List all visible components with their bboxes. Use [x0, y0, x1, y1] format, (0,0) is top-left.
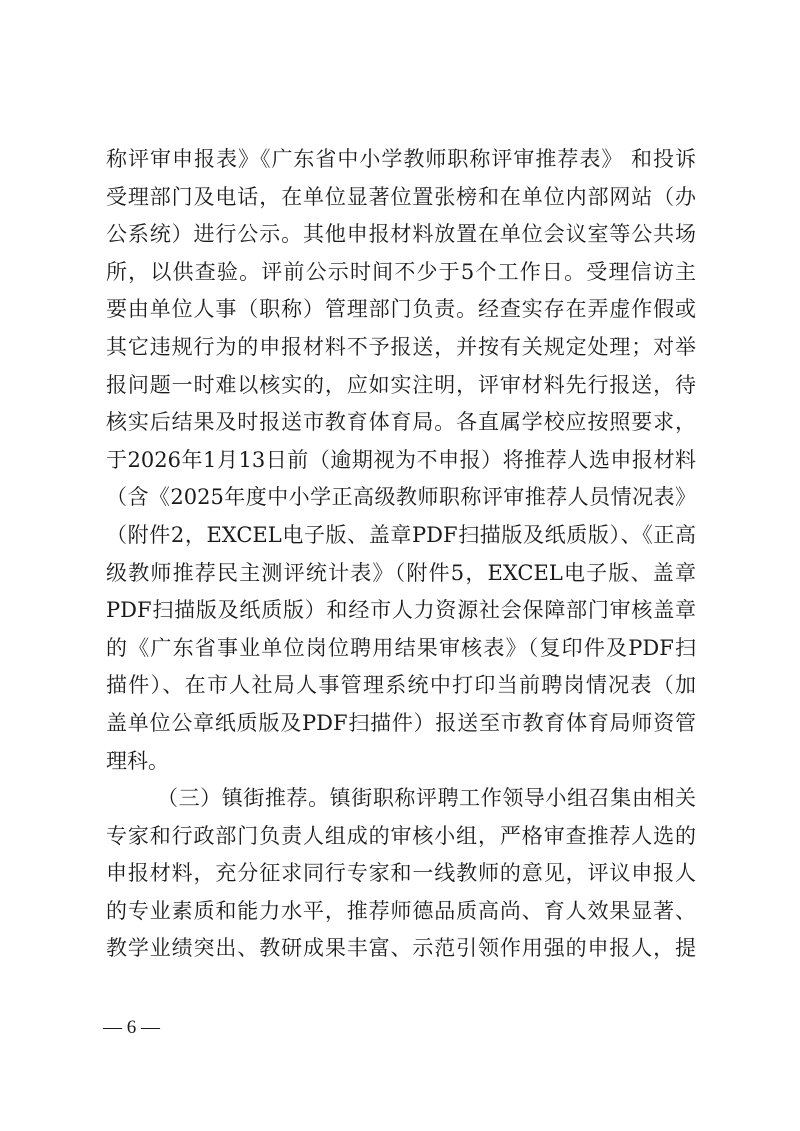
text-line: 报问题一时难以核实的，应如实注明，评审材料先行报送，待 — [106, 367, 696, 405]
text-line: 核实后结果及时报送市教育体育局。各直属学校应按照要求， — [106, 404, 696, 442]
text-line: 要由单位人事（职称）管理部门负责。经查实存在弄虚作假或 — [106, 291, 696, 329]
text-line: 所，以供查验。评前公示时间不少于5个工作日。受理信访主 — [106, 254, 696, 292]
text-line: 的专业素质和能力水平，推荐师德品质高尚、育人效果显著、 — [106, 893, 696, 931]
document-page: 称评审申报表》《广东省中小学教师职称评审推荐表》 和投诉 受理部门及电话，在单位… — [0, 0, 800, 1131]
text-line: 理科。 — [106, 743, 696, 781]
text-line: 级教师推荐民主测评统计表》（附件5，EXCEL电子版、盖章 — [106, 555, 696, 593]
text-line: 受理部门及电话，在单位显著位置张榜和在单位内部网站（办 — [106, 179, 696, 217]
text-line: 的《广东省事业单位岗位聘用结果审核表》（复印件及PDF扫 — [106, 630, 696, 668]
paragraph-continuation: 称评审申报表》《广东省中小学教师职称评审推荐表》 和投诉 受理部门及电话，在单位… — [106, 141, 696, 780]
text-line: 称评审申报表》《广东省中小学教师职称评审推荐表》 和投诉 — [106, 141, 696, 179]
text-line: 申报材料，充分征求同行专家和一线教师的意见，评议申报人 — [106, 855, 696, 893]
text-line: PDF扫描版及纸质版）和经市人力资源社会保障部门审核盖章 — [106, 592, 696, 630]
text-line: 专家和行政部门负责人组成的审核小组，严格审查推荐人选的 — [106, 818, 696, 856]
text-line: 公系统）进行公示。其他申报材料放置在单位会议室等公共场 — [106, 216, 696, 254]
text-line: 描件）、在市人社局人事管理系统中打印当前聘岗情况表（加 — [106, 667, 696, 705]
body-text: 称评审申报表》《广东省中小学教师职称评审推荐表》 和投诉 受理部门及电话，在单位… — [106, 141, 696, 968]
page-number: — 6 — — [103, 1017, 160, 1039]
text-line: 教学业绩突出、教研成果丰富、示范引领作用强的申报人，提 — [106, 930, 696, 968]
text-line: 于2026年1月13日前（逾期视为不申报）将推荐人选申报材料 — [106, 442, 696, 480]
text-line: （含《2025年度中小学正高级教师职称评审推荐人员情况表》 — [106, 479, 696, 517]
section-heading-line: （三）镇街推荐。镇街职称评聘工作领导小组召集由相关 — [106, 780, 696, 818]
text-line: 盖单位公章纸质版及PDF扫描件）报送至市教育体育局师资管 — [106, 705, 696, 743]
paragraph-town-recommendation: （三）镇街推荐。镇街职称评聘工作领导小组召集由相关 专家和行政部门负责人组成的审… — [106, 780, 696, 968]
text-line: （附件2，EXCEL电子版、盖章PDF扫描版及纸质版）、《正高 — [106, 517, 696, 555]
text-line: 其它违规行为的申报材料不予报送，并按有关规定处理；对举 — [106, 329, 696, 367]
